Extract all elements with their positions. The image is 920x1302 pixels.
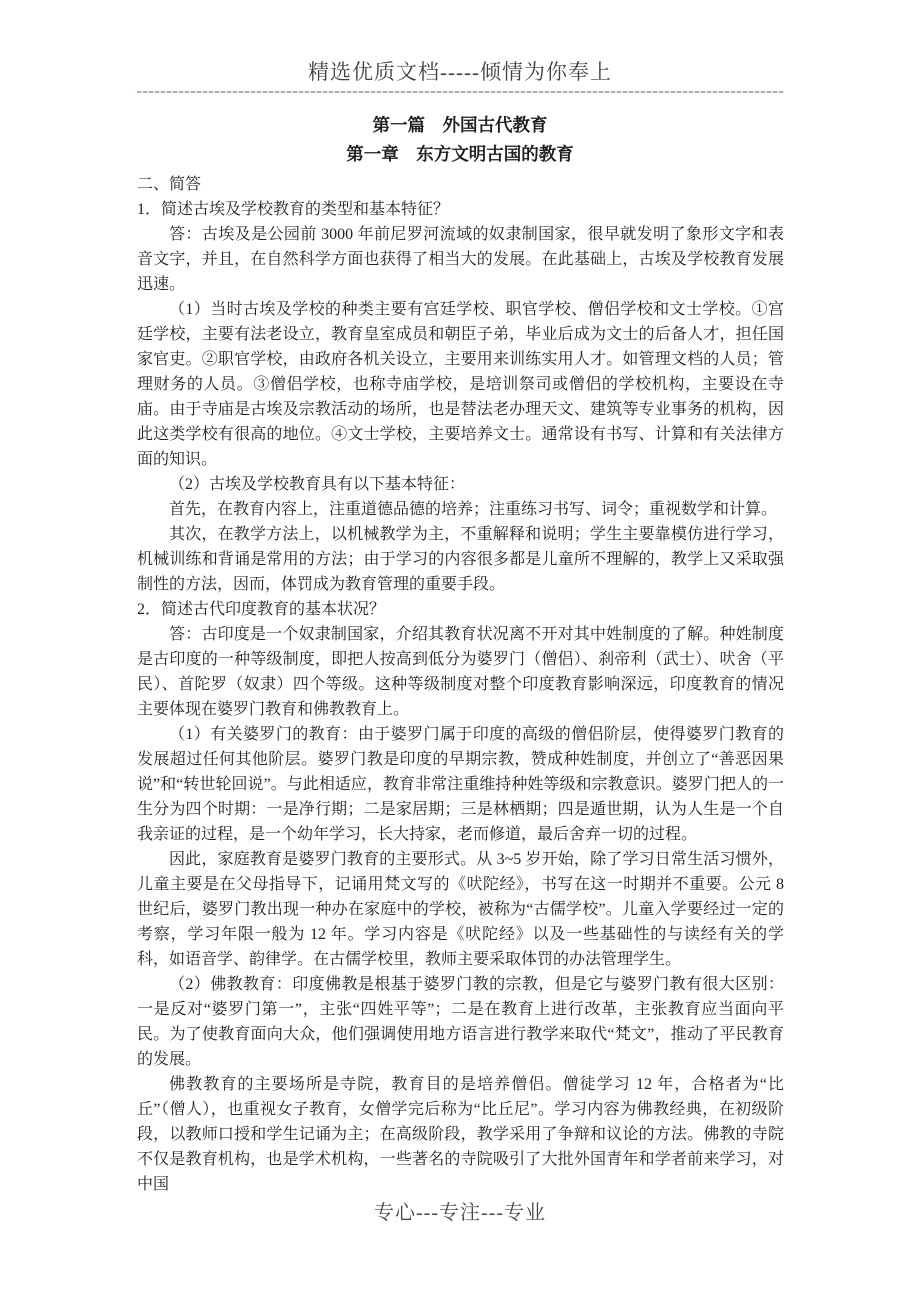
document-page: 精选优质文档-----倾情为你奉上 第一篇 外国古代教育 第一章 东方文明古国的… xyxy=(0,0,920,1302)
footer-slogan-text: 专心---专注---专业 xyxy=(374,1202,546,1224)
answer-1-point-2: （2）古埃及学校教育具有以下基本特征： xyxy=(137,472,784,497)
header-slogan-text: 精选优质文档-----倾情为你奉上 xyxy=(308,60,612,84)
answer-2-intro: 答：古印度是一个奴隶制国家，介绍其教育状况离不开对其中姓制度的了解。种姓制度是古… xyxy=(137,622,784,722)
section-heading: 二、简答 xyxy=(137,172,784,197)
answer-1-point-1: （1）当时古埃及学校的种类主要有宫廷学校、职官学校、僧侣学校和文士学校。①宫廷学… xyxy=(137,297,784,472)
answer-2-buddhist-education: 佛教教育的主要场所是寺院，教育目的是培养僧侣。僧徒学习 12 年，合格者为“比丘… xyxy=(137,1072,784,1197)
chapter-title: 第一章 东方文明古国的教育 xyxy=(0,141,920,166)
document-body: 二、简答 1．简述古埃及学校教育的类型和基本特征？ 答：古埃及是公园前 3000… xyxy=(137,172,784,1197)
answer-1-feature-second: 其次，在教学方法上，以机械教学为主，不重解释和说明；学生主要靠模仿进行学习，机械… xyxy=(137,522,784,597)
answer-1-feature-first: 首先，在教育内容上，注重道德品德的培养；注重练习书写、词令；重视数学和计算。 xyxy=(137,497,784,522)
question-2: 2．简述古代印度教育的基本状况？ xyxy=(137,597,784,622)
answer-1-intro: 答：古埃及是公园前 3000 年前尼罗河流域的奴隶制国家，很早就发明了象形文字和… xyxy=(137,222,784,297)
page-footer: 专心---专注---专业 xyxy=(0,1196,920,1225)
part-title: 第一篇 外国古代教育 xyxy=(0,112,920,137)
answer-2-point-2: （2）佛教教育：印度佛教是根基于婆罗门教的宗教，但是它与婆罗门教有很大区别：一是… xyxy=(137,972,784,1072)
header-divider xyxy=(137,91,784,93)
answer-2-point-1: （1）有关婆罗门的教育：由于婆罗门属于印度的高级的僧侣阶层，使得婆罗门教育的发展… xyxy=(137,722,784,847)
answer-2-family-education: 因此，家庭教育是婆罗门教育的主要形式。从 3~5 岁开始，除了学习日常生活习惯外… xyxy=(137,847,784,972)
page-header: 精选优质文档-----倾情为你奉上 xyxy=(137,56,783,86)
question-1: 1．简述古埃及学校教育的类型和基本特征？ xyxy=(137,197,784,222)
